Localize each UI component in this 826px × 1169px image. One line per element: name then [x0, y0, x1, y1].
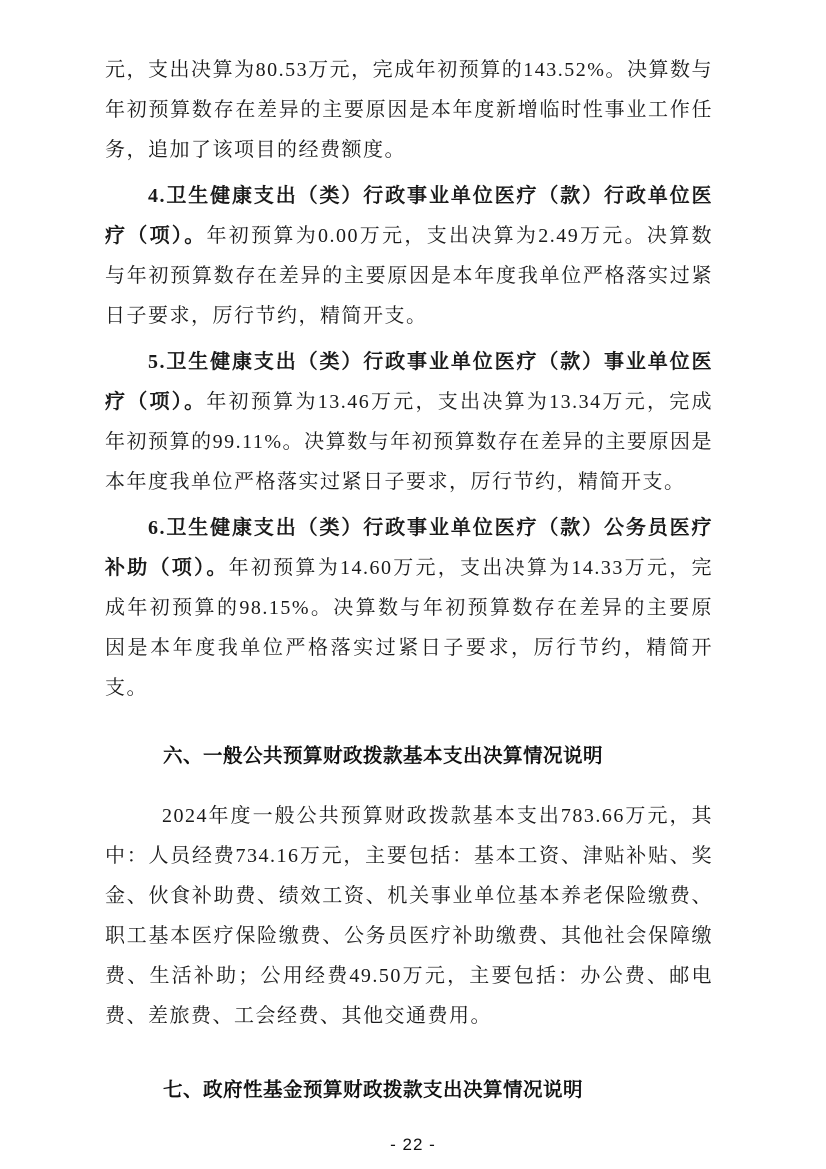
item-6-paragraph: 6.卫生健康支出（类）行政事业单位医疗（款）公务员医疗补助（项）。年初预算为14…	[105, 508, 713, 708]
page-number: - 22 -	[0, 1135, 826, 1155]
paragraph-continuation: 元，支出决算为80.53万元，完成年初预算的143.52%。决算数与年初预算数存…	[105, 50, 713, 170]
section-heading-six: 六、一般公共预算财政拨款基本支出决算情况说明	[105, 736, 713, 776]
section-heading-seven: 七、政府性基金预算财政拨款支出决算情况说明	[105, 1070, 713, 1110]
item-5-paragraph: 5.卫生健康支出（类）行政事业单位医疗（款）事业单位医疗（项）。年初预算为13.…	[105, 342, 713, 502]
document-page: 元，支出决算为80.53万元，完成年初预算的143.52%。决算数与年初预算数存…	[0, 0, 826, 1169]
item-4-paragraph: 4.卫生健康支出（类）行政事业单位医疗（款）行政单位医疗（项）。年初预算为0.0…	[105, 176, 713, 336]
paragraph-basic-expenditure: 2024年度一般公共预算财政拨款基本支出783.66万元，其中：人员经费734.…	[105, 796, 713, 1036]
